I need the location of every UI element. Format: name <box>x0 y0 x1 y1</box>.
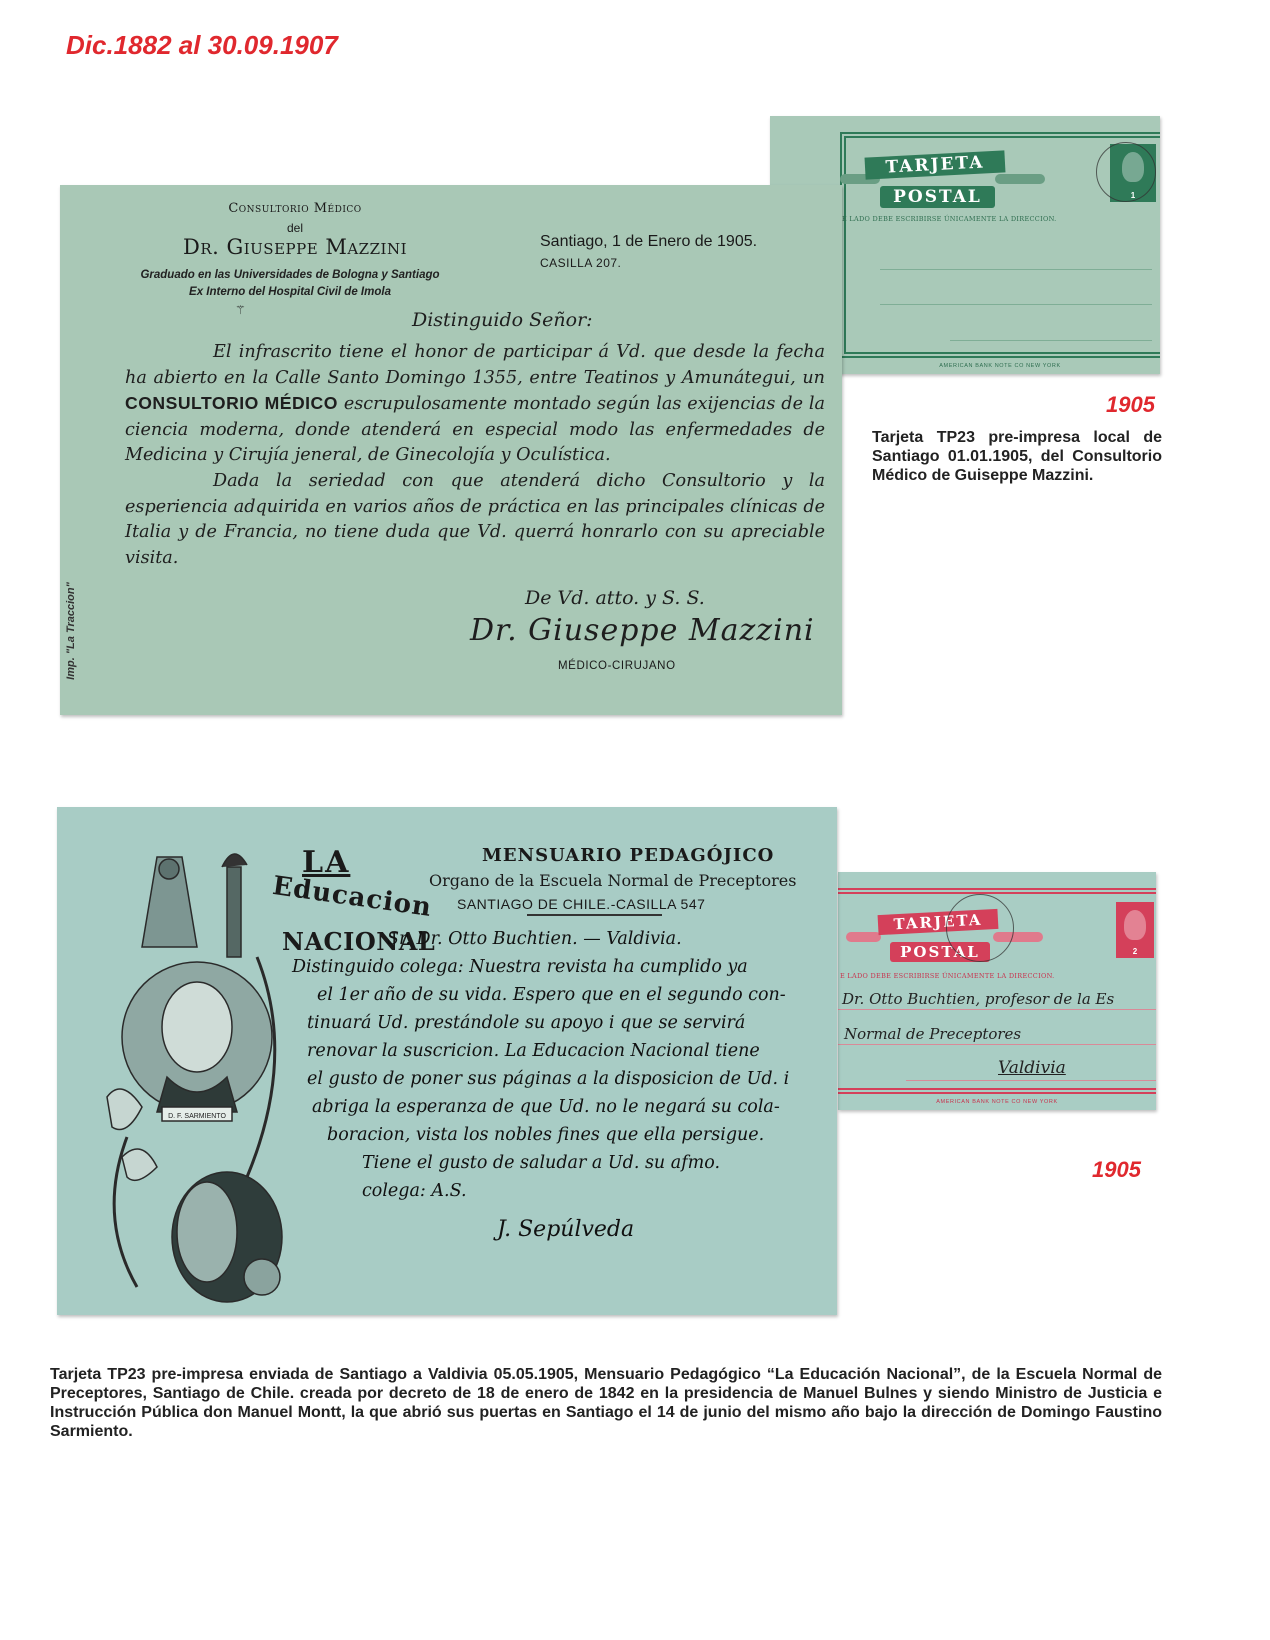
letter-header: Consultorio Médico <box>175 201 415 216</box>
address-line <box>838 1044 1156 1045</box>
letter-card-mazzini: Consultorio Médico del Dr. Giuseppe Mazz… <box>60 185 842 715</box>
signature-title: MÉDICO-CIRUJANO <box>558 660 676 672</box>
credential-line: Ex Interno del Hospital Civil de Imola <box>80 286 500 298</box>
masthead-la: LA <box>302 845 350 880</box>
address-instruction: E LADO DEBE ESCRIBIRSE ÚNICAMENTE LA DIR… <box>842 215 1057 223</box>
divider <box>527 914 662 916</box>
signature: Dr. Giuseppe Mazzini <box>470 613 815 648</box>
handwriting-line: Sr. Dr. Otto Buchtien. — Valdivia. <box>267 925 827 953</box>
handwriting-line: tinuará Ud. prestándole su apoyo i que s… <box>267 1009 827 1037</box>
publication-name: MENSUARIO PEDAGÓJICO <box>482 845 774 866</box>
year-label: 1905 <box>1092 1157 1141 1183</box>
handwriting-line: colega: A.S. <box>267 1177 827 1205</box>
postmark-icon <box>1096 142 1156 202</box>
credential-line: Graduado en las Universidades de Bologna… <box>80 269 500 281</box>
stamp-icon: 2 <box>1116 902 1154 958</box>
address-city: Valdivia <box>998 1058 1066 1078</box>
address-recipient: Dr. Otto Buchtien, profesor de la Es <box>842 990 1114 1008</box>
letter-body: El infrascrito tiene el honor de partici… <box>125 340 825 571</box>
handwriting-line: Tiene el gusto de saludar a Ud. su afmo. <box>267 1149 827 1177</box>
caption-mazzini: Tarjeta TP23 pre-impresa local de Santia… <box>872 428 1162 485</box>
handwriting-line: el 1er año de su vida. Espero que en el … <box>267 981 827 1009</box>
letter-header-del: del <box>175 221 415 235</box>
address-line: SANTIAGO DE CHILE.-CASILLA 547 <box>457 896 705 912</box>
printer-imprint: Imp. "La Traccion" <box>65 582 77 680</box>
address-institution: Normal de Preceptores <box>844 1025 1021 1043</box>
postal-card-red: TARJETA POSTAL E LADO DEBE ESCRIBIRSE ÚN… <box>838 872 1156 1110</box>
closing: De Vd. atto. y S. S. <box>525 587 705 609</box>
education-card: D. F. SARMIENTO LA Educacion NACIONAL ME… <box>57 807 837 1315</box>
signature: J. Sepúlveda <box>497 1217 634 1242</box>
handwriting-line: boracion, vista los nobles fines que ell… <box>267 1121 827 1149</box>
postmark-icon <box>946 894 1014 962</box>
doctor-name: Dr. Giuseppe Mazzini <box>90 235 500 259</box>
printer-imprint: AMERICAN BANK NOTE CO NEW YORK <box>838 1099 1156 1105</box>
ornament-icon: ⚚ <box>235 303 246 317</box>
printer-imprint: AMERICAN BANK NOTE CO NEW YORK <box>805 363 1195 369</box>
handwritten-message: Sr. Dr. Otto Buchtien. — Valdivia. Disti… <box>267 925 827 1205</box>
address-instruction: E LADO DEBE ESCRIBIRSE ÚNICAMENTE LA DIR… <box>840 972 1055 980</box>
letter-date: Santiago, 1 de Enero de 1905. <box>540 233 757 251</box>
greeting: Distinguido Señor: <box>412 309 593 331</box>
address-line <box>950 340 1152 341</box>
stamp-portrait-icon <box>1124 910 1146 940</box>
paragraph-2: Dada la seriedad con que atenderá dicho … <box>125 469 825 571</box>
consultorio-highlight: CONSULTORIO MÉDICO <box>125 393 338 413</box>
po-box: CASILLA 207. <box>540 256 621 270</box>
address-line <box>880 304 1152 305</box>
caption-educacion: Tarjeta TP23 pre-impresa enviada de Sant… <box>50 1365 1162 1441</box>
banner-ribbon-right <box>995 174 1045 184</box>
handwriting-line: renovar la suscricion. La Educacion Naci… <box>267 1037 827 1065</box>
handwriting-line: el gusto de poner sus páginas a la dispo… <box>267 1065 827 1093</box>
handwriting-line: abriga la esperanza de que Ud. no le neg… <box>267 1093 827 1121</box>
address-line <box>880 269 1152 270</box>
handwriting-line: Distinguido colega: Nuestra revista ha c… <box>267 953 827 981</box>
stamp-value: 2 <box>1116 947 1154 956</box>
svg-text:D. F. SARMIENTO: D. F. SARMIENTO <box>168 1113 226 1120</box>
organ-line: Organo de la Escuela Normal de Preceptor… <box>429 871 796 890</box>
page-title: Dic.1882 al 30.09.1907 <box>66 30 338 61</box>
postal-banner: POSTAL <box>880 186 995 208</box>
year-label: 1905 <box>1106 392 1155 418</box>
banner-ribbon-left <box>846 932 881 942</box>
address-line <box>838 1009 1156 1010</box>
paragraph-1: El infrascrito tiene el honor de partici… <box>125 340 825 469</box>
address-line <box>906 1080 1156 1081</box>
